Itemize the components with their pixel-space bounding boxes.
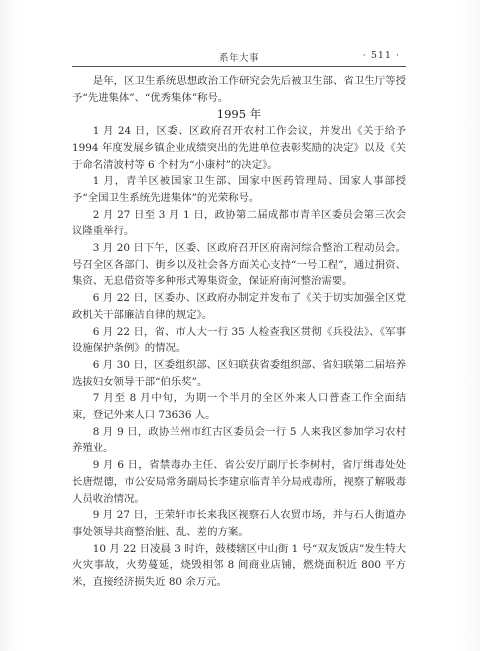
chronicle-entry: 2 月 27 日至 3 月 1 日，政协第二届成都市青羊区委员会第三次会议隆重举… — [72, 207, 406, 240]
intro-paragraph: 是年，区卫生系统思想政治工作研究会先后被卫生部、省卫生厅等授予“先进集体”、“优… — [72, 73, 406, 106]
document-page: 系年大事 · 511 · 是年，区卫生系统思想政治工作研究会先后被卫生部、省卫生… — [0, 0, 480, 651]
running-header: 系年大事 · 511 · — [72, 50, 406, 64]
chronicle-entry: 6 月 30 日，区委组织部、区妇联获省委组织部、省妇联第二届培养选拔妇女领导干… — [72, 357, 406, 390]
chronicle-entry: 9 月 27 日，王荣轩市长来我区视察石人农贸市场，并与石人街道办事处领导共商整… — [72, 507, 406, 540]
year-heading: 1995 年 — [72, 106, 406, 123]
page-number: · 511 · — [363, 50, 400, 61]
chronicle-entry: 3 月 20 日下午，区委、区政府召开区府南河综合整治工程动员会。号召全区各部门… — [72, 240, 406, 290]
chronicle-entry: 10 月 22 日凌晨 3 时许，鼓楼辖区中山街 1 号“双友饭店”发生特大火灾… — [72, 541, 406, 591]
chronicle-entry: 1 月 24 日，区委、区政府召开农村工作会议，并发出《关于给予 1994 年度… — [72, 123, 406, 173]
chronicle-entry: 8 月 9 日，政协兰州市红古区委员会一行 5 人来我区参加学习农村养殖业。 — [72, 424, 406, 457]
chronicle-entry: 7 月至 8 月中旬，为期一个半月的全区外来人口普查工作全面结束，登记外来人口 … — [72, 390, 406, 423]
header-rule — [72, 66, 406, 67]
chronicle-entry: 6 月 22 日，区委办、区政府办制定并发布了《关于切实加强全区党政机关干部廉洁… — [72, 290, 406, 323]
chronicle-entry: 6 月 22 日，省、市人大一行 35 人检查我区贯彻《兵役法》、《军事设施保护… — [72, 324, 406, 357]
chronicle-entry: 1 月，青羊区被国家卫生部、国家中医药管理局、国家人事部授予“全国卫生系统先进集… — [72, 173, 406, 206]
document-body: 是年，区卫生系统思想政治工作研究会先后被卫生部、省卫生厅等授予“先进集体”、“优… — [72, 73, 406, 591]
running-header-title: 系年大事 — [72, 50, 406, 64]
chronicle-entry: 9 月 6 日，省禁毒办主任、省公安厅副厅长李树村，省厅缉毒处处长唐煜德，市公安… — [72, 457, 406, 507]
